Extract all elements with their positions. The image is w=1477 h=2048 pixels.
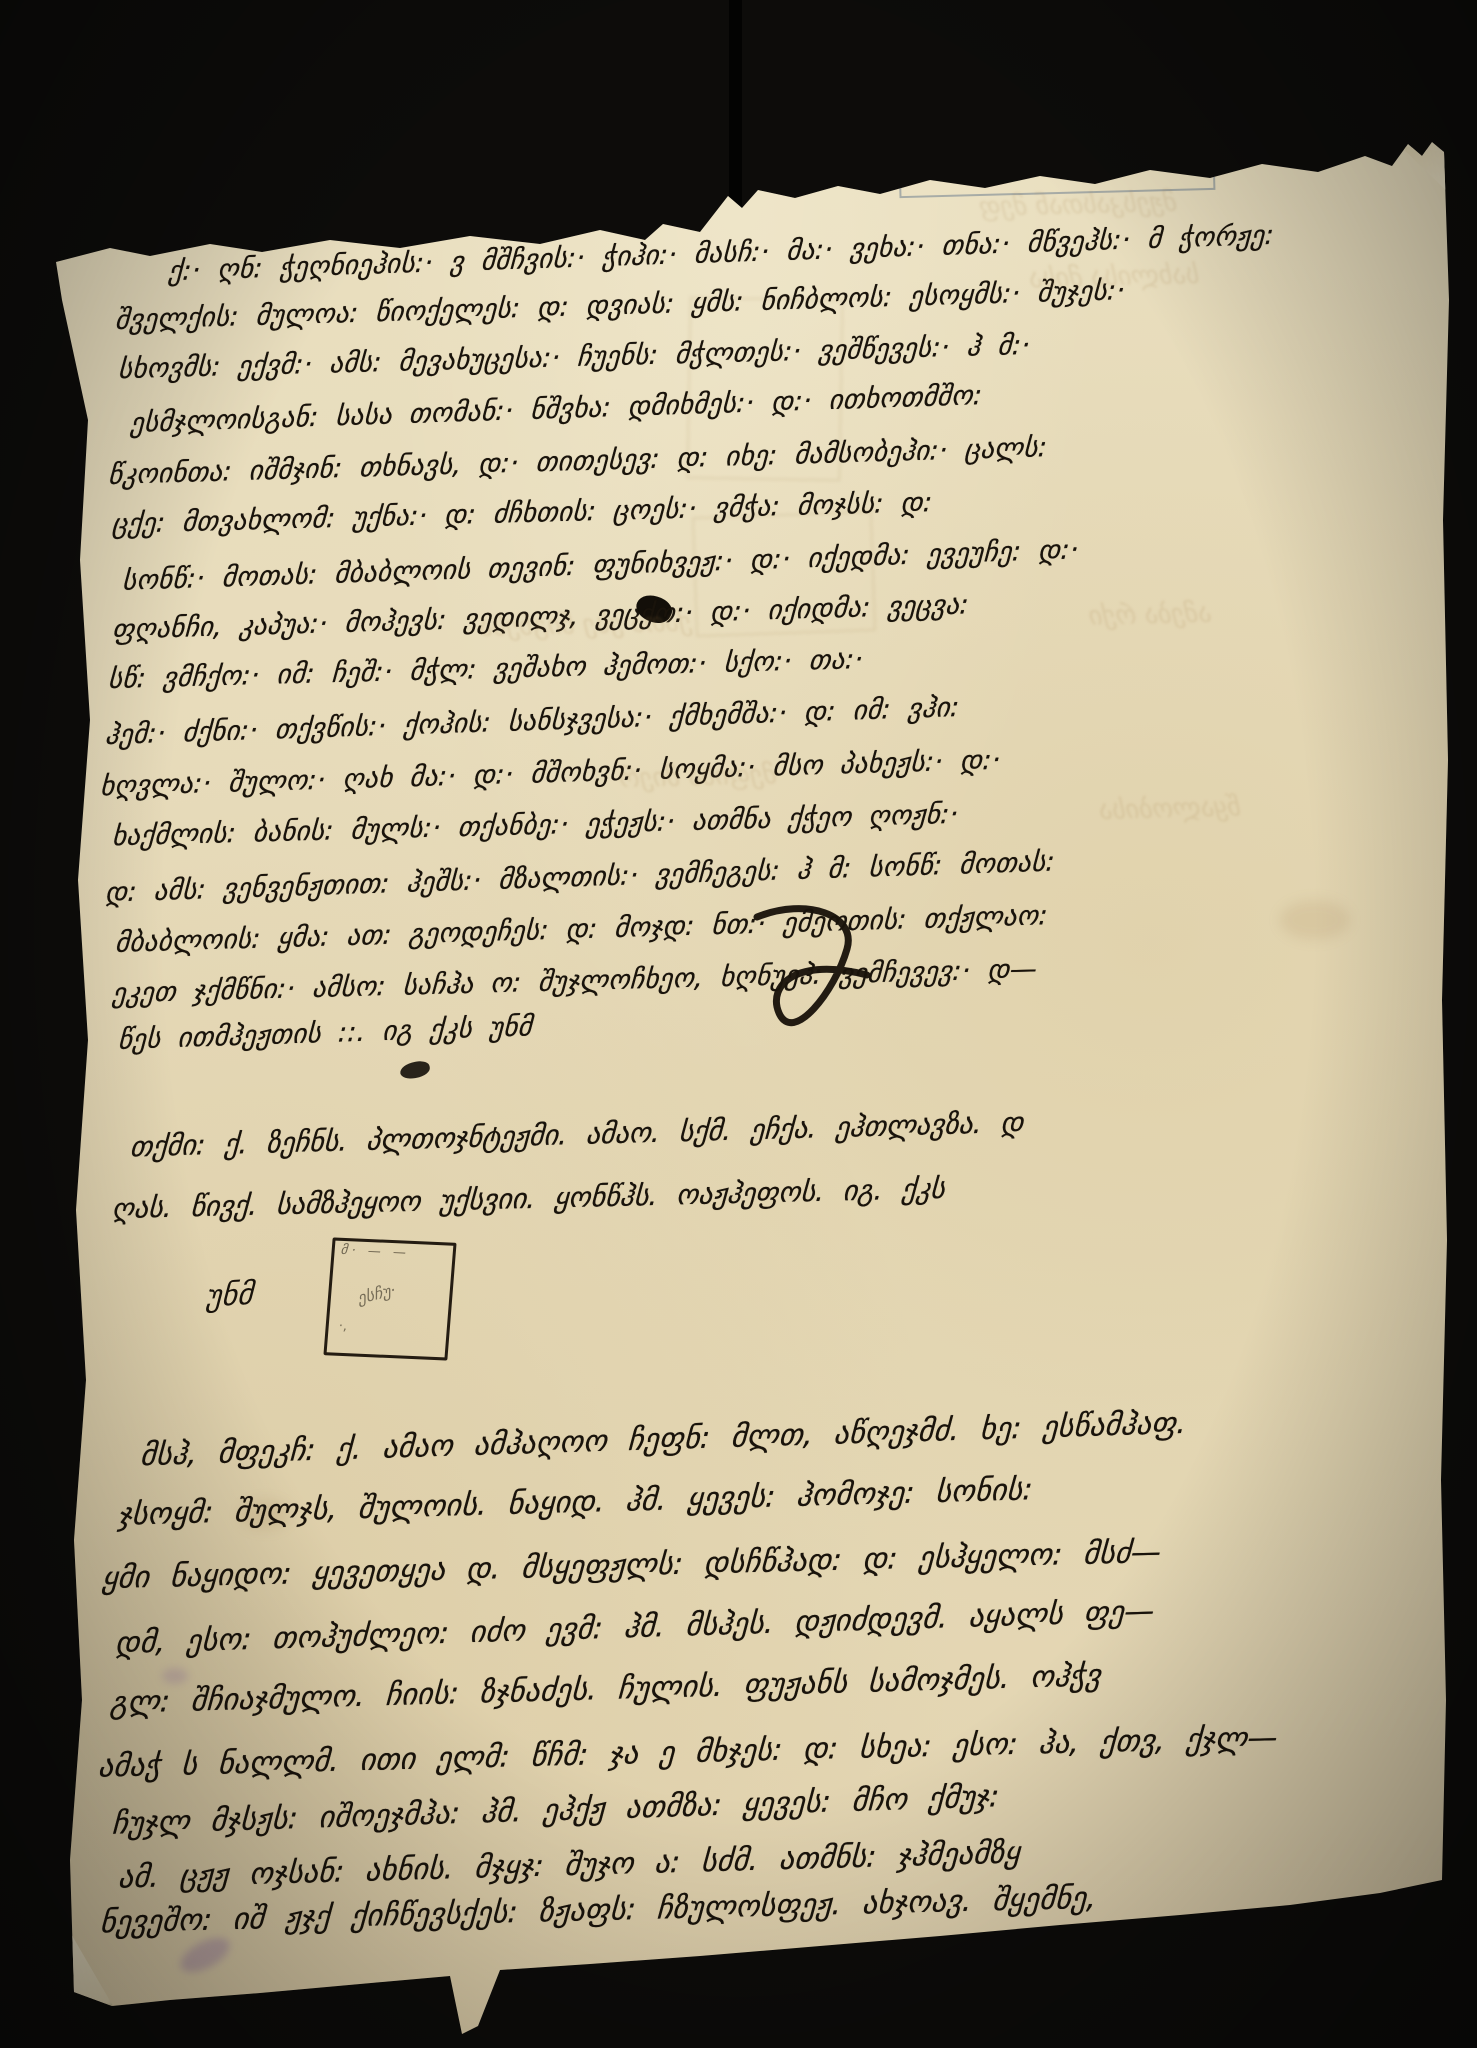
manuscript-line-lower: გლ: შჩიაჯმულო. ჩიის: ზჯნაძეს. ჩულის. ფუჟ… [109,1658,1102,1721]
manuscript-line-upper: სხოვმს: ექვმ:· ამს: მევახუცესა:· ჩუენს: … [117,330,1031,385]
bleed-through-text: ამება რქი [1090,598,1213,631]
manuscript-line-lower: ყმი ნაყიდო: ყევეთყეა დ. მსყეფჟლს: დსჩწჰა… [101,1535,1162,1596]
bleed-through-text: სახლისა მისა [1030,260,1201,294]
manuscript-line-upper: სონწ:· მოთას: მბაბლოის თევინ: ფუნიხვეჟ:·… [121,534,1079,596]
manuscript-line-upper: ეკეთ ჯქმწნი:· ამსო: საჩჰა ო: შუჯლოჩხეო, … [111,954,1038,1010]
ink-blot [399,1060,431,1081]
foxing-spot [350,120,390,138]
bleed-through-text: მჟესკასთან მეფ [980,187,1179,222]
seal-box-marks: მ· — — [340,1243,410,1261]
chronicon-date: უნმ [205,1277,254,1315]
seal-box-tick: ·, [338,1319,347,1334]
manuscript-line-upper: ესმჯლოისგან: სასა თომან:· ნშვხა: დმიხმეს… [129,380,983,439]
stamp-line-1: ს. ს. ს. რ. ცენტრარქივი [909,84,1201,111]
manuscript-line-upper: ჰემ:· ძქნი:· თქვწის:· ქოჰის: სანსჯვესა:·… [104,692,960,751]
archive-stamp: ს. ს. ს. რ. ცენტრარქივი ძველ საბუთთა არქ… [897,76,1216,198]
size-annotation: 32¾✕13¾ [282,70,472,123]
manuscript-line-colophon: თქმი: ქ. ზეჩნს. პლთოჯნტეჟმი. ამაო. სქმ. … [129,1106,1024,1164]
foxing-spot [1280,900,1350,940]
manuscript-line-lower: დმ, ესო: თოჰუძლეო: იძო ევმ: ჰმ. მსჰეს. დ… [114,1594,1155,1661]
stamp-case-number: 1885 [1111,129,1211,177]
pencil-annotation-insert: ძათ [587,91,608,106]
manuscript-line-lower: ამაჭ ს ნალლმ. ითი ელმ: წჩმ: ჯა ე მხჯეს: … [97,1720,1279,1784]
manuscript-line-upper: ხღვლა:· შულო:· ღახ მა:· დ:· მშოხვნ:· სოყ… [99,745,1001,803]
purple-ink-smudge [593,1959,661,2007]
seal-placeholder-box: მ· — — ესჩუ· ·, [323,1237,456,1360]
manuscript-line-lower: ჩუჯლ მჯსჟს: იშოეჯმჰა: ჰმ. ეჰქჟ ათმზა: ყე… [111,1779,1000,1842]
bleed-through-text: ქათა ესე წიგნესა [480,607,693,643]
manuscript-line-colophon: ღას. წივქ. სამზჰეყოო უქსვიი. ყონწჰს. ოაჟ… [111,1172,946,1225]
manuscript-line-upper: წეს ითმჰეჟთის ::. იგ ქკს უნმ [117,1011,533,1056]
manuscript-line-upper: სწ: ვმჩქო:· იმ: ჩეშ:· მჭლ: ვეშახო ჰემოთ:… [107,644,864,695]
manuscript-line-lower: ჯსოყმ: შულჯს, შულოის. ნაყიდ. ჰმ. ყევეს: … [117,1472,1034,1533]
bleed-through-text: წყალობისა [1100,792,1243,826]
manuscript-line-upper: შველქის: მულოა: წიოქელეს: დ: დვიას: ყმს:… [114,275,1126,336]
manuscript-line-upper: მბაბლოის: ყმა: ათ: გეოდეჩეს: დ: მოჯდ: ნთ… [114,900,1049,959]
seal-box-text: ესჩუ· [356,1280,397,1307]
manuscript-line-upper: წკოინთა: იშმჯინ: თხნავს, დ:· თითესევ: დ:… [107,432,1048,491]
folded-corner-top-right [1396,140,1452,198]
manuscript-line-lower: მსჰ, მფეკჩ: ქ. ამაო ამჰაღოო ჩეფნ: მლთ, ა… [139,1406,1187,1474]
manuscript-paper: №197 32¾✕13¾ ამოწათხულია· ჩჷს, ჩვეშა· ძა… [0,0,1477,2048]
stamp-line-2: ძველ საბუთთა არქივი [909,107,1201,137]
archive-number: №197 [100,125,212,183]
manuscript-line-upper: დ: ამს: ვენვენჟთით: ჰეშს:· მზალთის:· ვემ… [104,846,1055,908]
stamp-fond-number: 1449 [970,137,1070,185]
stamp-fond-line: ფონ. №............საქ. № [910,138,1202,164]
purple-ink-smudge [162,1668,188,1684]
manuscript-line-upper: ხაქმლის: ბანის: მულს:· თქანბე:· ეჭეჟს:· … [111,799,959,853]
bleed-through-text: მეფისა მიერ [620,760,778,794]
pencil-annotation: ამოწათხულია· ჩჷს, ჩვეშა· [498,61,711,94]
